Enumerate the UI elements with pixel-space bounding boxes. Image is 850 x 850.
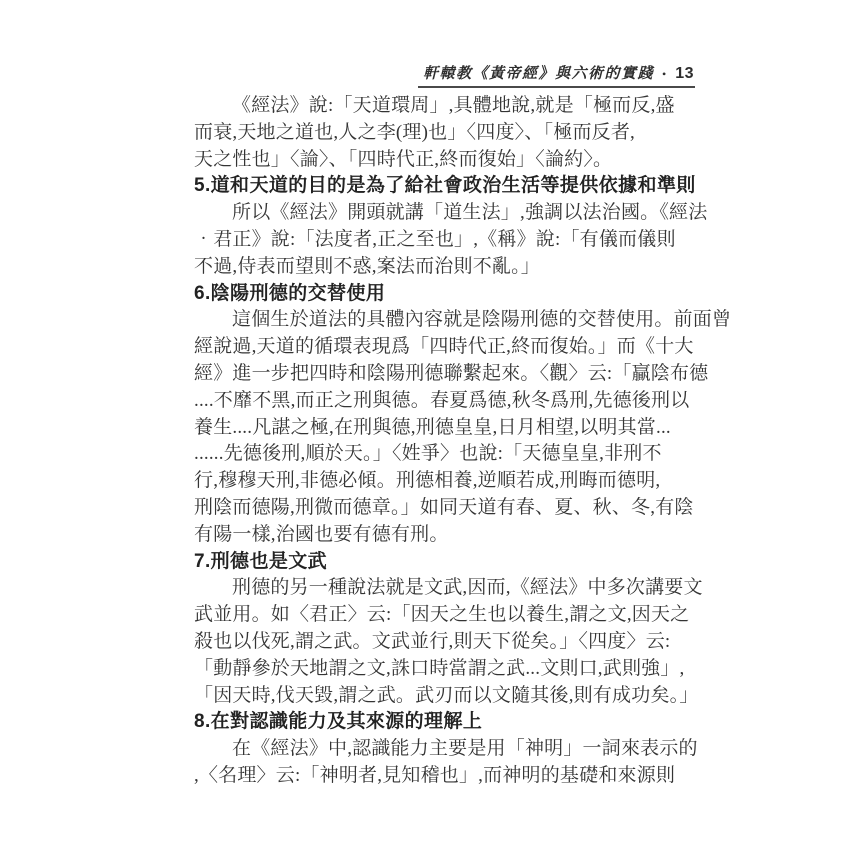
body-text: 《經法》說:「天道環周」,具體地說,就是「極而反,盛 而衰,天地之道也,人之李(… xyxy=(194,93,695,790)
text-line: 這個生於道法的具體內容就是陰陽刑德的交替使用。前面曾 xyxy=(194,307,695,334)
bullet-separator: • xyxy=(662,67,666,81)
text-line: 有陽一樣,治國也要有德有刑。 xyxy=(194,522,695,549)
text-line: 「動靜參於天地謂之文,誅口時當謂之武...文則口,武則強」, xyxy=(194,656,695,683)
text-line: 經說過,天道的循環表現爲「四時代正,終而復始。」而《十大 xyxy=(194,334,695,361)
text-line: 刑德的另一種說法就是文武,因而,《經法》中多次講要文 xyxy=(194,575,695,602)
running-head: 軒轅教《黃帝經》與六術的實踐 • 13 xyxy=(194,62,695,91)
text-line: ,〈名理〉云:「神明者,見知稽也」,而神明的基礎和來源則 xyxy=(194,763,695,790)
page-number: 13 xyxy=(675,65,694,82)
text-line: ......先德後刑,順於天。」〈姓爭〉也說:「天德皇皇,非刑不 xyxy=(194,441,695,468)
text-line: 武並用。如〈君正〉云:「因天之生也以養生,謂之文,因天之 xyxy=(194,602,695,629)
text-line: 刑陰而德陽,刑微而德章。」如同天道有春、夏、秋、冬,有陰 xyxy=(194,495,695,522)
text-line: 天之性也」〈論〉、「四時代正,終而復始」〈論約〉。 xyxy=(194,147,695,174)
section-heading-7: 7.刑德也是文武 xyxy=(194,549,695,576)
text-line: 養生....凡諶之極,在刑與德,刑德皇皇,日月相望,以明其當... xyxy=(194,415,695,442)
running-head-title: 軒轅教《黃帝經》與六術的實踐 xyxy=(423,66,654,82)
text-line: 在《經法》中,認識能力主要是用「神明」一詞來表示的 xyxy=(194,736,695,763)
text-line: 行,穆穆天刑,非德必傾。刑德相養,逆順若成,刑晦而德明, xyxy=(194,468,695,495)
section-heading-8: 8.在對認識能力及其來源的理解上 xyxy=(194,709,695,736)
text-line: ‧君正》說:「法度者,正之至也」,《稱》說:「有儀而儀則 xyxy=(194,227,695,254)
text-line: ....不靡不黑,而正之刑與德。春夏爲德,秋冬爲刑,先德後刑以 xyxy=(194,388,695,415)
text-line: 經》進一步把四時和陰陽刑德聯繫起來。〈觀〉云:「贏陰布德 xyxy=(194,361,695,388)
text-line: 「因天時,伐天毀,謂之武。武刃而以文隨其後,則有成功矣。」 xyxy=(194,683,695,710)
text-line: 不過,侍表而望則不惑,案法而治則不亂。」 xyxy=(194,254,695,281)
text-line: 而衰,天地之道也,人之李(理)也」〈四度〉、「極而反者, xyxy=(194,120,695,147)
book-page: 軒轅教《黃帝經》與六術的實踐 • 13 《經法》說:「天道環周」,具體地說,就是… xyxy=(194,62,695,790)
running-head-underline: 軒轅教《黃帝經》與六術的實踐 • 13 xyxy=(418,62,695,88)
section-heading-5: 5.道和天道的目的是為了給社會政治生活等提供依據和準則 xyxy=(194,173,695,200)
text-line: 所以《經法》開頭就講「道生法」,強調以法治國。《經法 xyxy=(194,200,695,227)
text-line: 殺也以伐死,謂之武。文武並行,則天下從矣。」〈四度〉云: xyxy=(194,629,695,656)
section-heading-6: 6.陰陽刑德的交替使用 xyxy=(194,281,695,308)
text-line: 《經法》說:「天道環周」,具體地說,就是「極而反,盛 xyxy=(194,93,695,120)
